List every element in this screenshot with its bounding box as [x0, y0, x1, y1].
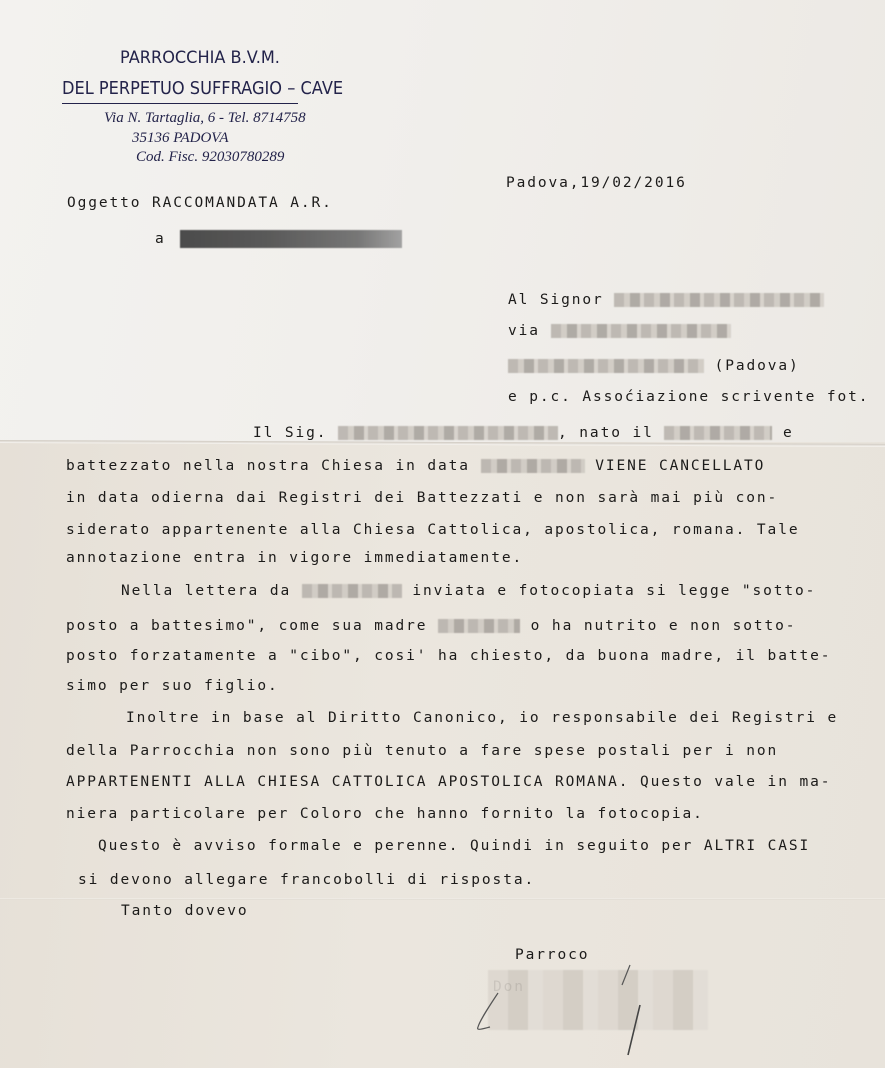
recipient-line3: (Padova) [508, 358, 800, 374]
recipient-street-prefix: via [508, 323, 540, 339]
redacted-birthdate [664, 426, 772, 440]
body-p4-line2: si devono allegare francobolli di rispos… [78, 872, 535, 888]
body-p3-line1: Inoltre in base al Diritto Canonico, io … [126, 710, 838, 726]
redacted-recipient-street [551, 324, 731, 338]
letterhead-city: 35136 PADOVA [132, 130, 229, 147]
subject-to-prefix: a [155, 231, 166, 247]
redacted-name [338, 426, 558, 440]
subject-recipient: a [155, 230, 402, 248]
redacted-recipient-name [614, 293, 824, 307]
body-p1-line2: battezzato nella nostra Chiesa in data V… [66, 458, 765, 474]
redacted-sender [302, 584, 402, 598]
redacted-subject-recipient [180, 230, 402, 248]
letterhead-rule [62, 103, 298, 104]
text: Il Sig. [253, 425, 338, 441]
recipient-line2: via [508, 323, 731, 339]
closing: Tanto dovevo [121, 903, 249, 919]
body-p1-line5: annotazione entra in vigore immediatamen… [66, 550, 523, 566]
body-p3-line2: della Parrocchia non sono più tenuto a f… [66, 743, 778, 759]
recipient-line1: Al Signor [508, 292, 824, 308]
redacted-baptism-date [481, 459, 585, 473]
body-p2-line2: posto a battesimo", come sua madre o ha … [66, 618, 796, 634]
fold-crease-lower [0, 898, 885, 900]
body-p2-line1: Nella lettera da inviata e fotocopiata s… [121, 583, 816, 599]
recipient-prefix: Al Signor [508, 292, 604, 308]
text: battezzato nella nostra Chiesa in data [66, 458, 481, 474]
letterhead-fiscal-code: Cod. Fisc. 92030780289 [136, 149, 284, 166]
text: o ha nutrito e non sotto- [520, 618, 796, 634]
body-p2-line3: posto forzatamente a "cibo", cosi' ha ch… [66, 648, 831, 664]
text: Nella lettera da [121, 583, 302, 599]
body-p1-line1: Il Sig. , nato il e [253, 425, 794, 441]
letterhead-address: Via N. Tartaglia, 6 - Tel. 8714758 [104, 110, 306, 127]
recipient-province: (Padova) [715, 358, 800, 374]
body-p3-line4: niera particolare per Coloro che hanno f… [66, 806, 704, 822]
body-p3-line3: APPARTENENTI ALLA CHIESA CATTOLICA APOST… [66, 774, 831, 790]
text: posto a battesimo", come sua madre [66, 618, 438, 634]
body-p1-line3: in data odierna dai Registri dei Battezz… [66, 490, 778, 506]
subject-label: Oggetto RACCOMANDATA A.R. [67, 195, 333, 211]
redacted-mother-name [438, 619, 520, 633]
handwritten-signature-icon [470, 955, 670, 1065]
text: inviata e fotocopiata si legge "sotto- [402, 583, 817, 599]
text: e [772, 425, 793, 441]
text: , nato il [558, 425, 664, 441]
place-date: Padova,19/02/2016 [506, 175, 687, 191]
body-p4-line1: Questo è avviso formale e perenne. Quind… [98, 838, 810, 854]
body-p2-line4: simo per suo figlio. [66, 678, 279, 694]
letterhead-title-line1: PARROCCHIA B.V.M. [120, 48, 280, 68]
text: VIENE CANCELLATO [585, 458, 766, 474]
recipient-cc: e p.c. Assoćiazione scrivente fot. [508, 389, 869, 405]
letterhead-title-line2: DEL PERPETUO SUFFRAGIO – CAVE [62, 78, 343, 99]
redacted-recipient-town [508, 359, 704, 373]
body-p1-line4: siderato appartenente alla Chiesa Cattol… [66, 522, 799, 538]
